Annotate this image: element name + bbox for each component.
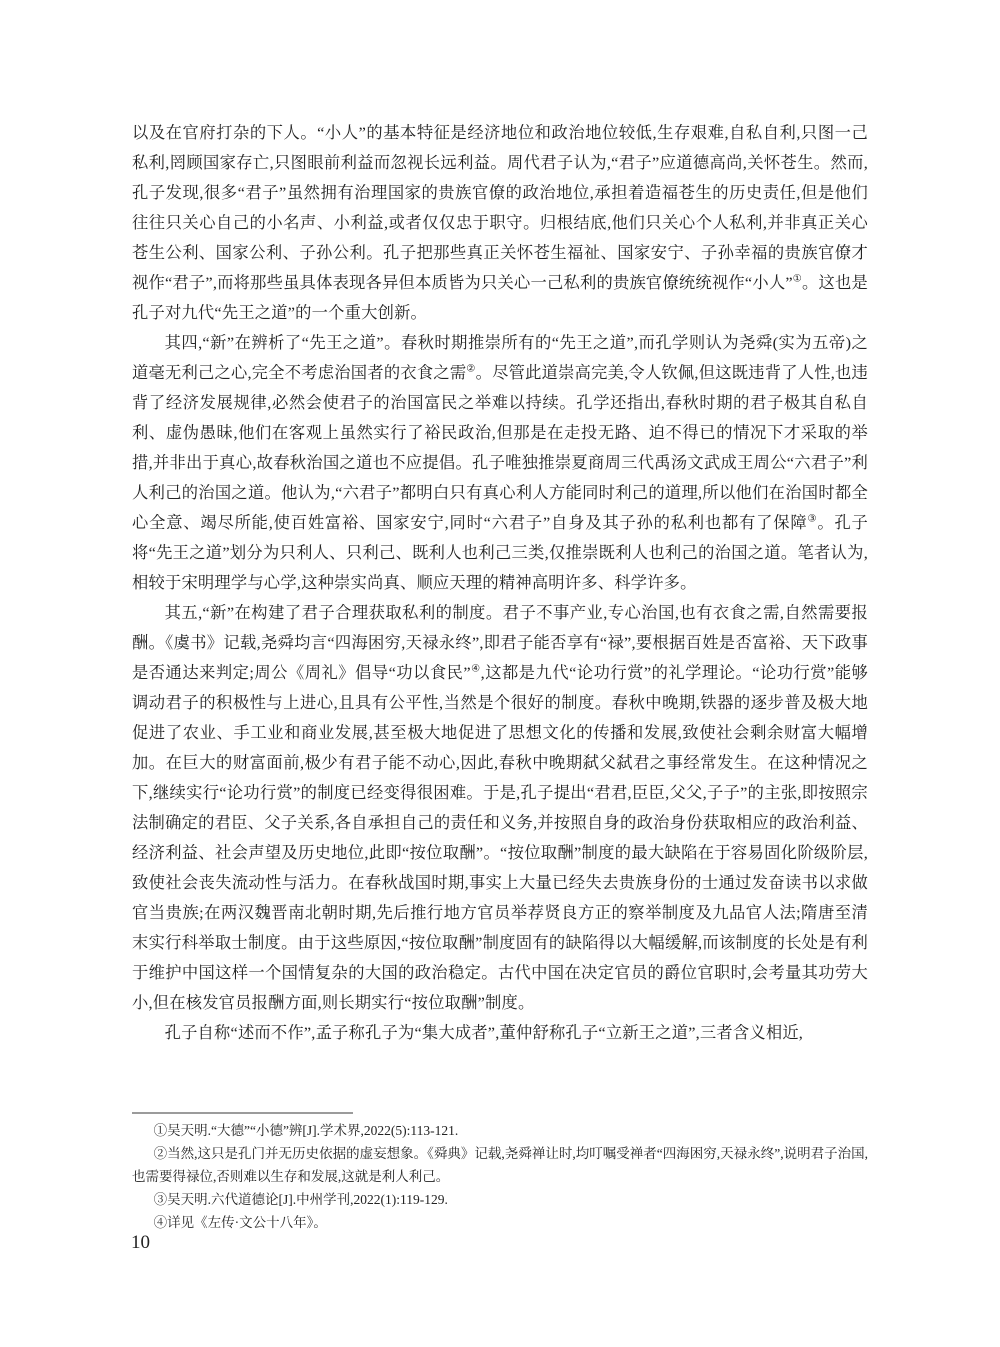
footnote-3: ③吴天明.六代道德论[J].中州学刊,2022(1):119-129. (132, 1188, 868, 1211)
footnote-marker: ④ (471, 664, 481, 675)
footnote-1: ①吴天明.“大德”“小德”辨[J].学术界,2022(5):113-121. (132, 1119, 868, 1142)
article-body: 以及在官府打杂的下人。“小人”的基本特征是经济地位和政治地位较低,生存艰难,自私… (132, 118, 868, 1048)
page-number: 10 (131, 1231, 150, 1255)
footnote-4: ④详见《左传·文公十八年》。 (132, 1211, 868, 1234)
footnote-marker: ① (793, 274, 802, 285)
paragraph-conclusion-start: 孔子自称“述而不作”,孟子称孔子为“集大成者”,董仲舒称孔子“立新王之道”,三者… (132, 1018, 868, 1048)
footnote-marker: ③ (807, 514, 817, 525)
footnotes: ①吴天明.“大德”“小德”辨[J].学术界,2022(5):113-121. ②… (132, 1119, 868, 1234)
paragraph-continued: 以及在官府打杂的下人。“小人”的基本特征是经济地位和政治地位较低,生存艰难,自私… (132, 118, 868, 328)
footnote-marker: ② (466, 364, 475, 375)
paragraph-point-four: 其四,“新”在辨析了“先王之道”。春秋时期推崇所有的“先王之道”,而孔学则认为尧… (132, 328, 868, 598)
paragraph-point-five: 其五,“新”在构建了君子合理获取私利的制度。君子不事产业,专心治国,也有衣食之需… (132, 598, 868, 1018)
footnote-separator (132, 1112, 353, 1114)
journal-page: 以及在官府打杂的下人。“小人”的基本特征是经济地位和政治地位较低,生存艰难,自私… (0, 0, 1000, 1347)
footnote-2: ②当然,这只是孔门并无历史依据的虚妄想象。《舜典》记载,尧舜禅让时,均叮嘱受禅者… (132, 1142, 868, 1188)
